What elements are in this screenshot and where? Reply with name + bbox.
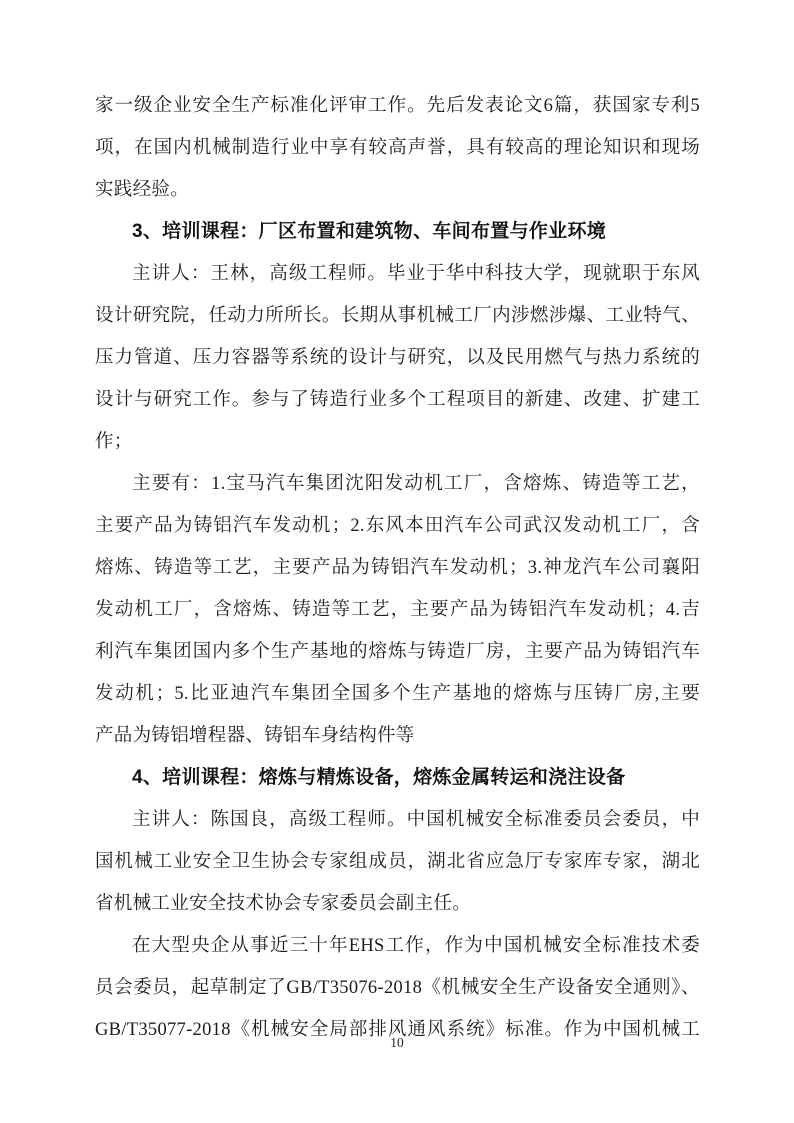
text-line: 主要产品为铸铝汽车发动机；2.东风本田汽车公司武汉发动机工厂，含 [95,505,700,547]
text-line: 压力管道、压力容器等系统的设计与研究，以及民用燃气与热力系统的 [95,337,700,379]
text-line: 省机械工业安全技术协会专家委员会副主任。 [95,883,700,925]
text-line: 设计研究院，任动力所所长。长期从事机械工厂内涉燃涉爆、工业特气、 [95,295,700,337]
text-line: 在大型央企从事近三十年EHS工作，作为中国机械安全标准技术委 [95,925,700,967]
text-line: 产品为铸铝增程器、铸铝车身结构件等 [95,715,700,757]
text-line: 发动机工厂，含熔炼、铸造等工艺，主要产品为铸铝汽车发动机；4.吉 [95,589,700,631]
text-line: 熔炼、铸造等工艺，主要产品为铸铝汽车发动机；3.神龙汽车公司襄阳 [95,547,700,589]
document-body: 家一级企业安全生产标准化评审工作。先后发表论文6篇，获国家专利5 项，在国内机械… [95,85,700,1051]
text-line: 国机械工业安全卫生协会专家组成员，湖北省应急厅专家库专家，湖北 [95,841,700,883]
text-line: 家一级企业安全生产标准化评审工作。先后发表论文6篇，获国家专利5 [95,85,700,127]
text-line: 利汽车集团国内多个生产基地的熔炼与铸造厂房，主要产品为铸铝汽车 [95,631,700,673]
text-line: 员会委员，起草制定了GB/T35076-2018《机械安全生产设备安全通则》、 [95,967,700,1009]
section-heading-course-3: 3、培训课程：厂区布置和建筑物、车间布置与作业环境 [95,211,700,253]
text-line: 项，在国内机械制造行业中享有较高声誉，具有较高的理论知识和现场 [95,127,700,169]
text-line: 设计与研究工作。参与了铸造行业多个工程项目的新建、改建、扩建工 [95,379,700,421]
text-line: 作； [95,421,700,463]
document-page: 家一级企业安全生产标准化评审工作。先后发表论文6篇，获国家专利5 项，在国内机械… [0,0,794,1123]
page-number: 10 [0,1035,794,1051]
section-heading-course-4: 4、培训课程：熔炼与精炼设备，熔炼金属转运和浇注设备 [95,757,700,799]
text-line: 主讲人：王林，高级工程师。毕业于华中科技大学，现就职于东风 [95,253,700,295]
text-line: 主要有：1.宝马汽车集团沈阳发动机工厂，含熔炼、铸造等工艺， [95,463,700,505]
text-line: 实践经验。 [95,169,700,211]
text-line: 主讲人：陈国良，高级工程师。中国机械安全标准委员会委员，中 [95,799,700,841]
text-line: 发动机；5.比亚迪汽车集团全国多个生产基地的熔炼与压铸厂房,主要 [95,673,700,715]
